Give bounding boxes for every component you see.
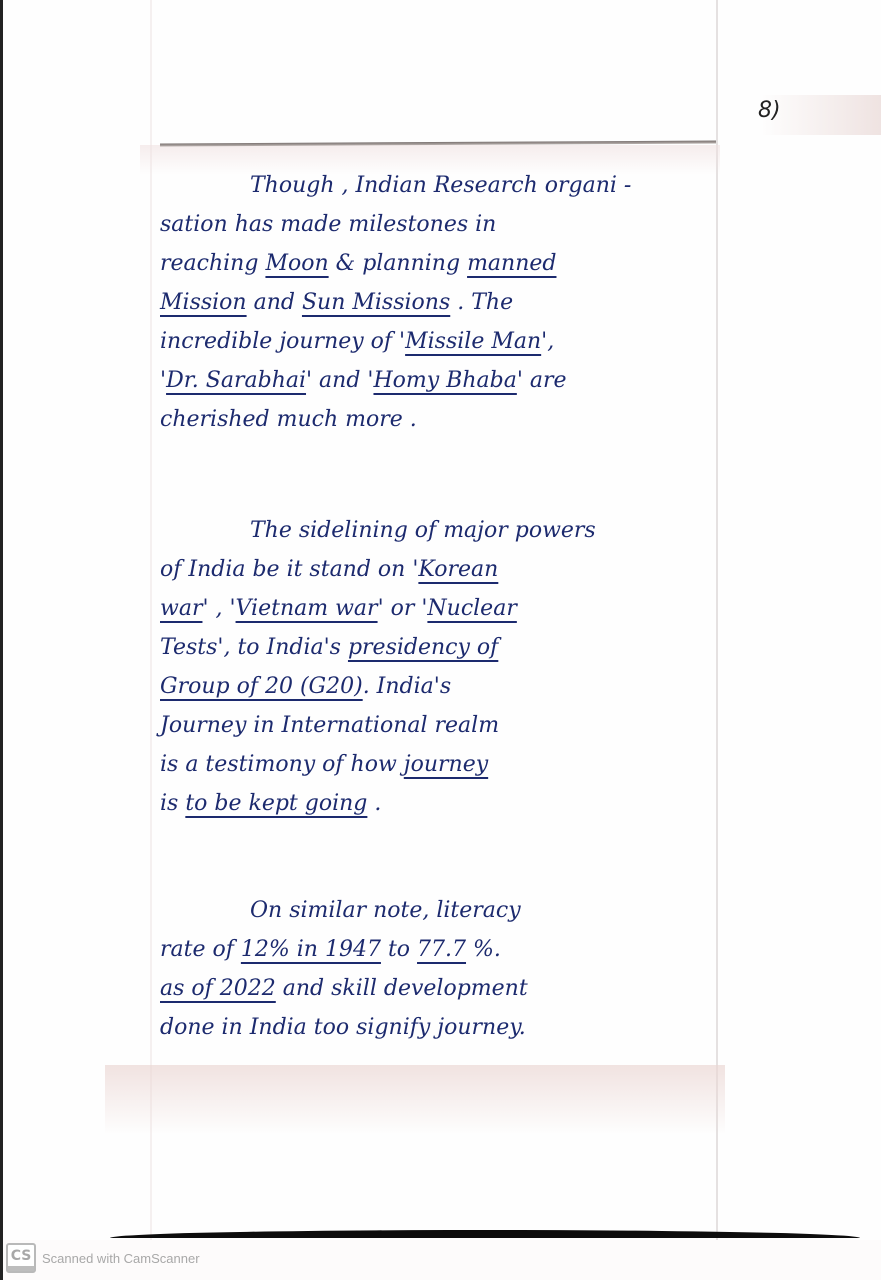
- text-segment: On similar note, literacy: [250, 898, 521, 923]
- text-segment: ' are: [517, 368, 567, 393]
- text-line: sation has made milestones in: [160, 205, 720, 244]
- text-segment: is a testimony of how: [160, 752, 404, 777]
- text-segment: of India be it stand on ': [160, 557, 418, 582]
- text-segment: . The: [450, 290, 513, 315]
- underlined-phrase: Moon: [265, 251, 328, 276]
- text-segment: and skill development: [276, 976, 528, 1001]
- text-segment: .: [367, 791, 381, 816]
- text-segment: & planning: [329, 251, 467, 276]
- text-line: Group of 20 (G20). India's: [160, 667, 720, 706]
- text-segment: and: [247, 290, 302, 315]
- text-segment: rate of: [160, 937, 241, 962]
- text-segment: Journey in International realm: [160, 713, 499, 738]
- text-line: The sidelining of major powers: [160, 511, 720, 550]
- text-segment: incredible journey of ': [160, 329, 405, 354]
- text-segment: ',: [541, 329, 554, 354]
- text-segment: %.: [466, 937, 501, 962]
- underlined-phrase: Korean: [418, 557, 498, 582]
- text-segment: cherished much more .: [160, 407, 417, 432]
- underlined-phrase: Homy Bhaba: [373, 368, 516, 393]
- text-line: Mission and Sun Missions . The: [160, 283, 720, 322]
- fold-shadow-bottom: [105, 1065, 725, 1135]
- underlined-phrase: Nuclear: [427, 596, 516, 621]
- underlined-phrase: as of 2022: [160, 976, 276, 1001]
- underlined-phrase: Mission: [160, 290, 247, 315]
- text-line: On similar note, literacy: [160, 891, 720, 930]
- text-segment: sation has made milestones in: [160, 212, 496, 237]
- text-line: rate of 12% in 1947 to 77.7 %.: [160, 930, 720, 969]
- camscanner-logo-icon: CS: [6, 1243, 36, 1273]
- paragraph-space-research: Though , Indian Research organi -sation …: [160, 166, 720, 439]
- text-segment: reaching: [160, 251, 265, 276]
- fold-line-left: [150, 0, 152, 1240]
- underlined-phrase: journey: [404, 752, 488, 777]
- paragraph-literacy: On similar note, literacyrate of 12% in …: [160, 891, 720, 1047]
- text-line: incredible journey of 'Missile Man',: [160, 322, 720, 361]
- underlined-phrase: Sun Missions: [302, 290, 450, 315]
- text-line: is a testimony of how journey: [160, 745, 720, 784]
- text-segment: . India's: [363, 674, 451, 699]
- underlined-phrase: to be kept going: [185, 791, 367, 816]
- underlined-phrase: 12% in 1947: [241, 937, 381, 962]
- page-number: 8): [758, 98, 781, 123]
- text-line: war' , 'Vietnam war' or 'Nuclear: [160, 589, 720, 628]
- underlined-phrase: Missile Man: [405, 329, 541, 354]
- text-segment: Though , Indian Research organi -: [250, 173, 631, 198]
- text-segment: Tests', to India's: [160, 635, 348, 660]
- camscanner-watermark: Scanned with CamScanner: [42, 1251, 200, 1266]
- text-segment: ' or ': [378, 596, 428, 621]
- text-line: Though , Indian Research organi -: [160, 166, 720, 205]
- text-line: of India be it stand on 'Korean: [160, 550, 720, 589]
- paragraph-international-relations: The sidelining of major powersof India b…: [160, 511, 720, 823]
- text-line: reaching Moon & planning manned: [160, 244, 720, 283]
- underlined-phrase: Group of 20 (G20): [160, 674, 363, 699]
- text-segment: The sidelining of major powers: [250, 518, 596, 543]
- text-segment: ' , ': [202, 596, 235, 621]
- text-line: Journey in International realm: [160, 706, 720, 745]
- text-line: Tests', to India's presidency of: [160, 628, 720, 667]
- underlined-phrase: Dr. Sarabhai: [166, 368, 306, 393]
- text-line: as of 2022 and skill development: [160, 969, 720, 1008]
- text-line: cherished much more .: [160, 400, 720, 439]
- handwritten-answer: Though , Indian Research organi -sation …: [160, 166, 720, 1047]
- underlined-phrase: presidency of: [348, 635, 498, 660]
- underlined-phrase: manned: [467, 251, 556, 276]
- text-line: is to be kept going .: [160, 784, 720, 823]
- underlined-phrase: Vietnam war: [236, 596, 378, 621]
- text-segment: is: [160, 791, 185, 816]
- underlined-phrase: 77.7: [417, 937, 466, 962]
- text-segment: to: [381, 937, 417, 962]
- text-segment: done in India too signify journey.: [160, 1015, 526, 1040]
- underlined-phrase: war: [160, 596, 202, 621]
- text-line: done in India too signify journey.: [160, 1008, 720, 1047]
- text-line: 'Dr. Sarabhai' and 'Homy Bhaba' are: [160, 361, 720, 400]
- text-segment: ' and ': [306, 368, 373, 393]
